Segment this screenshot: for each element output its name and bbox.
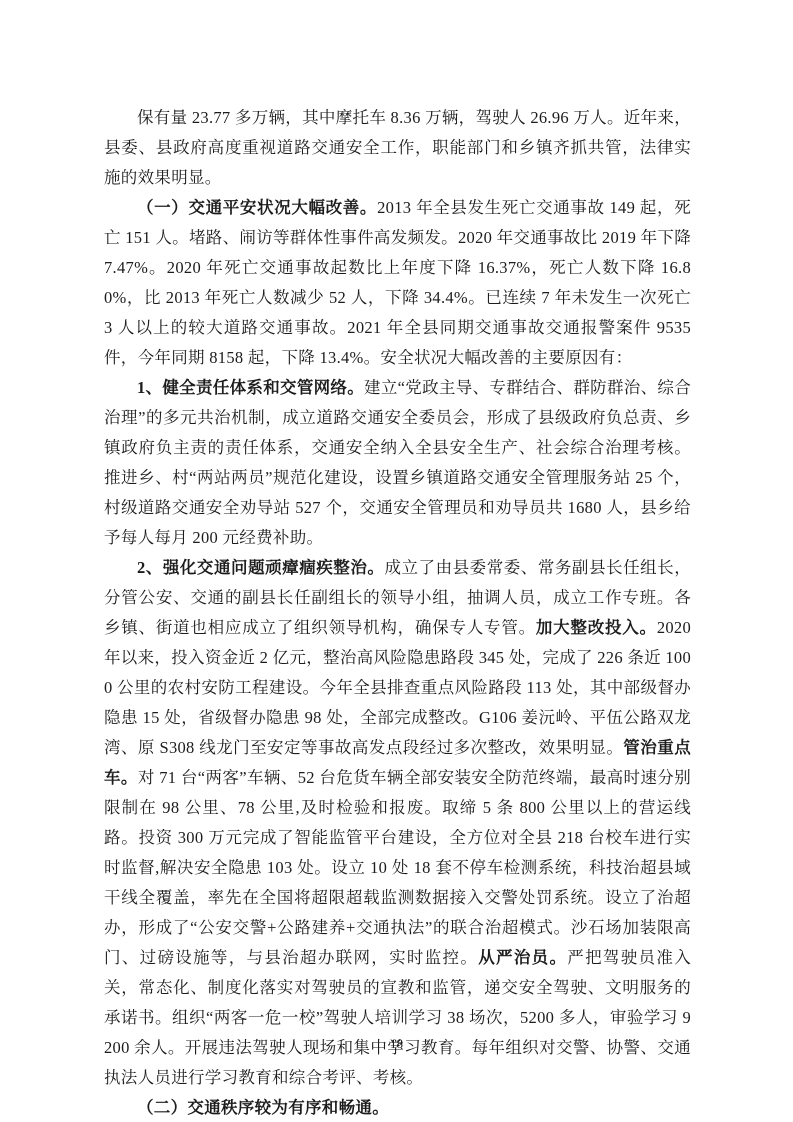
document-body: 保有量 23.77 多万辆，其中摩托车 8.36 万辆，驾驶人 26.96 万人… bbox=[104, 103, 691, 1122]
paragraph: 2、强化交通问题顽瘴痼疾整治。成立了由县委常委、常务副县长任组长，分管公安、交通… bbox=[104, 553, 691, 1093]
text-run: 2013 年全县发生死亡交通事故 149 起，死亡 151 人。堵路、闹访等群体… bbox=[104, 198, 691, 367]
text-run: 严把驾驶员准入关，常态化、制度化落实对驾驶员的宣教和监管，递交安全驾驶、文明服务… bbox=[104, 948, 691, 1087]
section-heading-run: （一）交通平安状况大幅改善。 bbox=[137, 198, 377, 217]
text-run: 对 71 台“两客”车辆、52 台危货车辆全部安装安全防范终端，最高时速分别限制… bbox=[104, 768, 691, 967]
paragraph: （二）交通秩序较为有序和畅通。 bbox=[104, 1093, 691, 1122]
paragraph: （一）交通平安状况大幅改善。2013 年全县发生死亡交通事故 149 起，死亡 … bbox=[104, 193, 691, 373]
inline-heading-run: 从严治员。 bbox=[478, 948, 567, 967]
item-heading-run: 1、健全责任体系和交管网络。 bbox=[137, 378, 364, 397]
paragraph: 保有量 23.77 多万辆，其中摩托车 8.36 万辆，驾驶人 26.96 万人… bbox=[104, 103, 691, 193]
text-run: 2020 年以来，投入资金近 2 亿元，整治高风险隐患路段 345 处，完成了 … bbox=[104, 618, 691, 757]
section-heading-run: （二）交通秩序较为有序和畅通。 bbox=[137, 1098, 389, 1117]
text-run: 建立“党政主导、专群结合、群防群治、综合治理”的多元共治机制，成立道路交通安全委… bbox=[104, 378, 691, 547]
inline-heading-run: 加大整改投入。 bbox=[536, 618, 657, 637]
paragraph: 1、健全责任体系和交管网络。建立“党政主导、专群结合、群防群治、综合治理”的多元… bbox=[104, 373, 691, 553]
item-heading-run: 2、强化交通问题顽瘴痼疾整治。 bbox=[137, 558, 384, 577]
text-run: 保有量 23.77 多万辆，其中摩托车 8.36 万辆，驾驶人 26.96 万人… bbox=[104, 108, 691, 187]
document-page: 保有量 23.77 多万辆，其中摩托车 8.36 万辆，驾驶人 26.96 万人… bbox=[0, 0, 793, 1122]
page-number: 18 bbox=[0, 1036, 793, 1052]
